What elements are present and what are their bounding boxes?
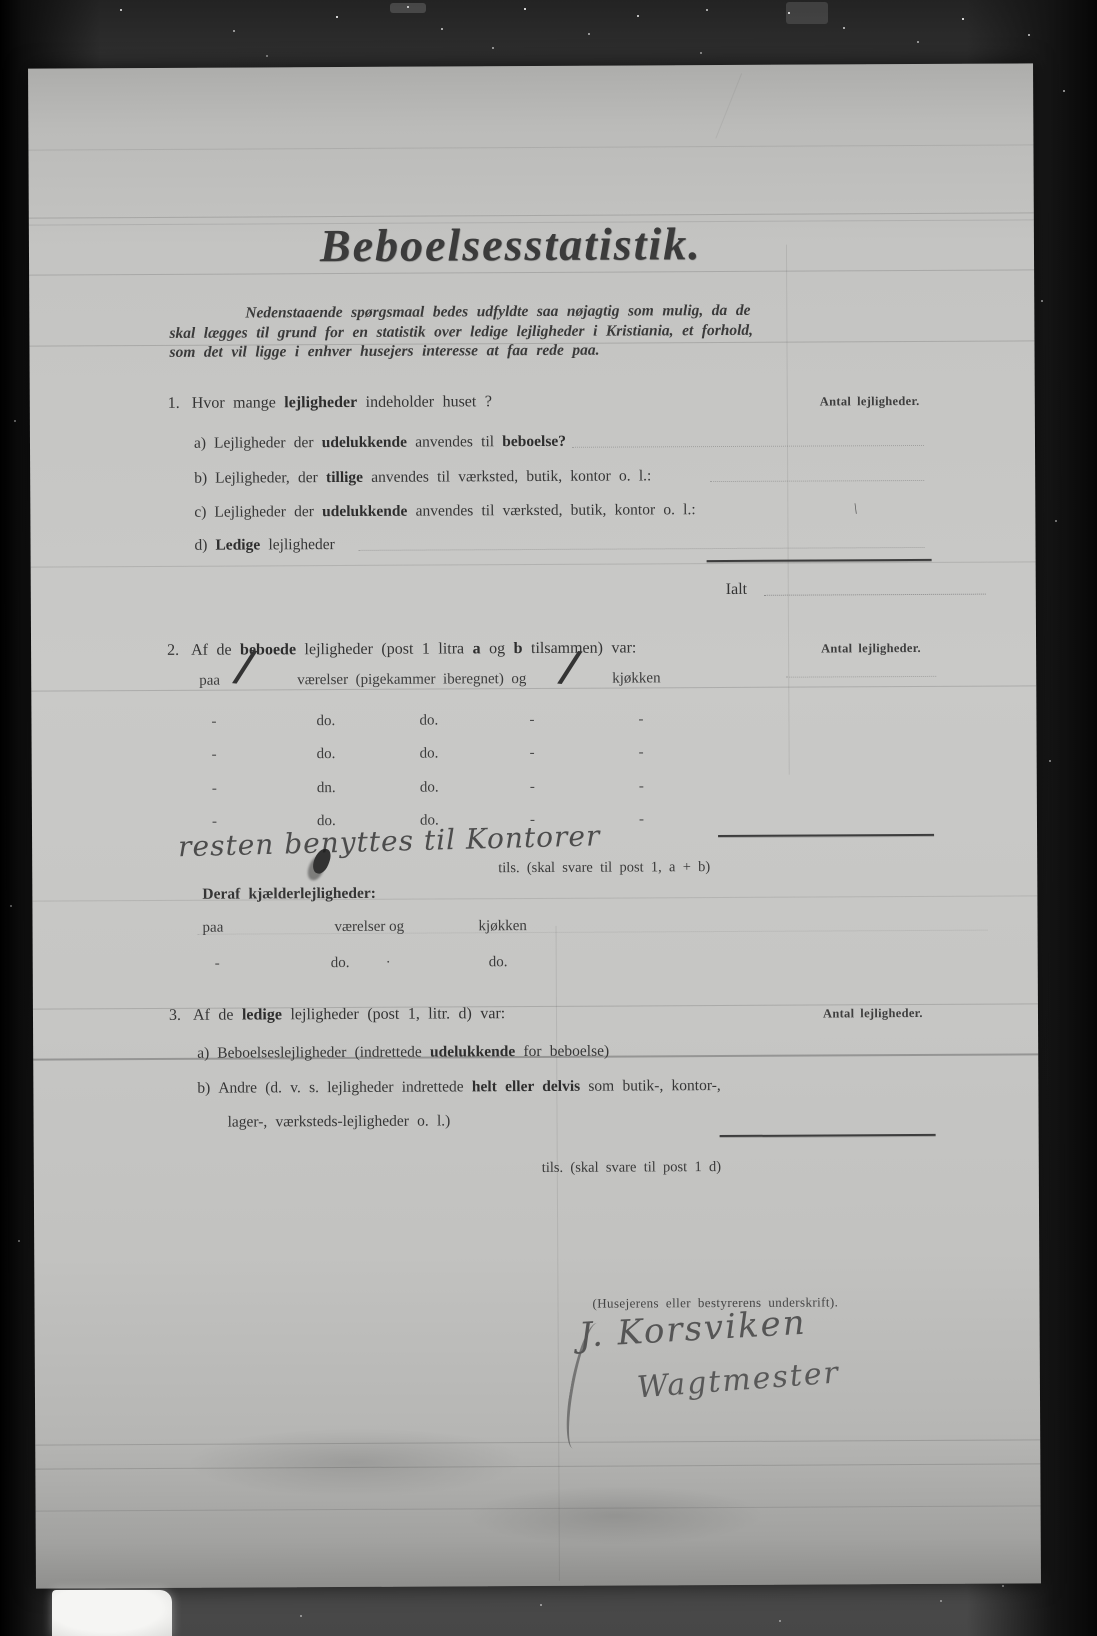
question-3-text: lejligheder (post 1, litr. d) var:: [290, 1005, 505, 1023]
ditto-cell: -: [529, 712, 534, 729]
item-1c-text: anvendes til værksted, butik, kontor o. …: [416, 501, 696, 519]
question-2-text: lejligheder (post 1 litra: [304, 640, 464, 658]
item-1b-letter: b): [194, 470, 207, 487]
dust-streak: [390, 3, 426, 13]
sum-rule-3: [720, 1134, 936, 1137]
item-3a-text: Beboelseslejligheder (indrettede: [217, 1044, 422, 1062]
item-3a-text: for beboelse): [523, 1043, 609, 1060]
ditto-cell: -: [530, 745, 535, 762]
form-title: Beboelsesstatistik.: [320, 217, 702, 272]
handwritten-tick-mark: \: [852, 501, 860, 518]
question-1-text: Hvor mange: [192, 394, 276, 411]
paper-crease: [31, 561, 1036, 567]
handwritten-note: resten benyttes til Kontorer: [178, 819, 601, 863]
dust-speckles: [0, 0, 2, 2]
ditto-cell: -: [530, 779, 535, 796]
cellar-cell: -: [215, 956, 220, 973]
ditto-cell: -: [212, 781, 217, 798]
ditto-cell: -: [212, 747, 217, 764]
item-3b-text: som butik-, kontor-,: [588, 1077, 720, 1095]
paper-vertical-crease: [556, 926, 560, 1581]
deraf-heading: Deraf kjælderlejligheder:: [202, 885, 376, 904]
paper-crease: [28, 144, 1033, 150]
item-3b-text: Andre (d. v. s. lejligheder indrettede: [218, 1078, 463, 1096]
answer-line-rooms-1: [786, 676, 936, 678]
question-3-bold: ledige: [242, 1006, 282, 1023]
item-1b-text: Lejligheder, der: [215, 469, 318, 487]
rooms-row-1-kjokken: kjøkken: [612, 670, 660, 687]
item-1d-bold: Ledige: [215, 536, 260, 553]
total-answer-line-1: [764, 594, 986, 596]
sum-rule-2: [718, 834, 934, 837]
question-1-number: 1.: [168, 395, 180, 412]
intro-line: som det vil ligge i enhver husejers inte…: [169, 339, 949, 363]
item-3b-letter: b): [197, 1080, 210, 1097]
ditto-cell: do.: [420, 746, 439, 763]
ditto-cell: -: [639, 811, 644, 828]
handwritten-count-mark: /: [560, 645, 579, 688]
item-3b-bold: helt eller delvis: [472, 1078, 580, 1096]
question-2-bold: a: [473, 640, 481, 657]
item-3a-letter: a): [197, 1045, 209, 1062]
paper-diagonal-crease: [715, 73, 742, 138]
item-1b-text: anvendes til værksted, butik, kontor o. …: [371, 467, 651, 485]
ditto-cell: -: [211, 714, 216, 731]
total-label-1: Ialt: [726, 581, 747, 599]
question-2-text: og: [489, 640, 505, 657]
item-3b: b)Andre (d. v. s. lejligheder indrettede…: [197, 1077, 720, 1098]
ditto-cell: -: [638, 711, 643, 728]
form-intro: Nedenstaaende spørgsmaal bedes udfyldte …: [169, 300, 949, 363]
item-1c-bold: udelukkende: [322, 503, 407, 520]
answer-column-header-2: Antal lejligheder.: [821, 641, 921, 657]
question-1-bold: lejligheder: [284, 394, 357, 411]
ditto-cell: do.: [420, 780, 439, 797]
signature-title: Wagtmester: [636, 1355, 841, 1405]
paper-smudge: [465, 1485, 765, 1547]
ditto-cell: dn.: [317, 780, 336, 797]
dust-streak: [786, 2, 828, 24]
paper-crease: [32, 895, 1037, 901]
item-1b-bold: tillige: [326, 469, 363, 486]
ditto-cell: do.: [316, 713, 335, 730]
ditto-cell: do.: [419, 713, 438, 730]
item-3a-bold: udelukkende: [430, 1043, 515, 1060]
answer-line-cellar-1: [198, 930, 988, 935]
question-1: 1.Hvor mange lejligheder indeholder huse…: [168, 393, 492, 413]
question-2-text: tilsammen) var:: [531, 639, 636, 657]
answer-line-1a: [572, 445, 924, 448]
answer-line-1d: [359, 547, 925, 551]
sum-caption-2: tils. (skal svare til post 1, a + b): [498, 859, 710, 877]
ditto-cell: -: [212, 814, 217, 831]
scanned-form-page: Beboelsesstatistik. Nedenstaaende spørgs…: [28, 63, 1041, 1588]
question-2-text: Af de: [191, 642, 232, 659]
rooms-row-1-vaerelser: værelser (pigekammer iberegnet) og: [297, 671, 526, 689]
cellar-cell: do.: [331, 955, 350, 972]
archive-label-patch: [52, 1590, 172, 1636]
cellar-cell: ·: [386, 955, 391, 972]
answer-column-header-3: Antal lejligheder.: [823, 1006, 923, 1022]
question-2-bold: b: [514, 640, 523, 657]
item-1a-text: Lejligheder der: [214, 434, 314, 452]
item-1a-text: anvendes til: [415, 433, 494, 450]
item-1b: b)Lejligheder, der tillige anvendes til …: [194, 467, 651, 487]
handwritten-count-mark: /: [235, 645, 254, 688]
item-3a: a)Beboelseslejligheder (indrettede udelu…: [197, 1043, 609, 1063]
ditto-cell: -: [639, 744, 644, 761]
question-3-text: Af de: [193, 1007, 234, 1024]
item-1c: c)Lejligheder der udelukkende anvendes t…: [194, 501, 695, 522]
paper-smudge: [185, 1426, 525, 1498]
rooms-row-1-paa: paa: [199, 673, 220, 690]
item-1d: d)Ledige lejligheder: [194, 536, 334, 555]
answer-line-1b: [710, 480, 924, 482]
question-2-number: 2.: [167, 642, 179, 659]
item-1a-letter: a): [194, 435, 206, 452]
item-1d-letter: d): [194, 537, 207, 554]
item-1a-bold: udelukkende: [322, 434, 407, 451]
ditto-cell: do.: [317, 746, 336, 763]
cellar-cell: do.: [489, 954, 508, 971]
item-1d-text: lejligheder: [268, 536, 334, 553]
question-3: 3.Af de ledige lejligheder (post 1, litr…: [169, 1005, 505, 1025]
item-1a: a)Lejligheder der udelukkende anvendes t…: [194, 433, 566, 453]
item-1c-letter: c): [194, 504, 206, 521]
question-1-text: indeholder huset ?: [366, 393, 492, 411]
item-1c-text: Lejligheder der: [214, 503, 314, 521]
answer-column-header-1: Antal lejligheder.: [820, 394, 920, 410]
sum-caption-3: tils. (skal svare til post 1 d): [542, 1159, 721, 1177]
item-1a-bold: beboelse?: [502, 433, 566, 450]
question-3-number: 3.: [169, 1007, 181, 1024]
item-3b-line2: lager-, værksteds-lejligheder o. l.): [228, 1112, 451, 1131]
paper-crease: [31, 685, 1036, 691]
paper-crease: [35, 1439, 1040, 1445]
ditto-cell: -: [639, 778, 644, 795]
